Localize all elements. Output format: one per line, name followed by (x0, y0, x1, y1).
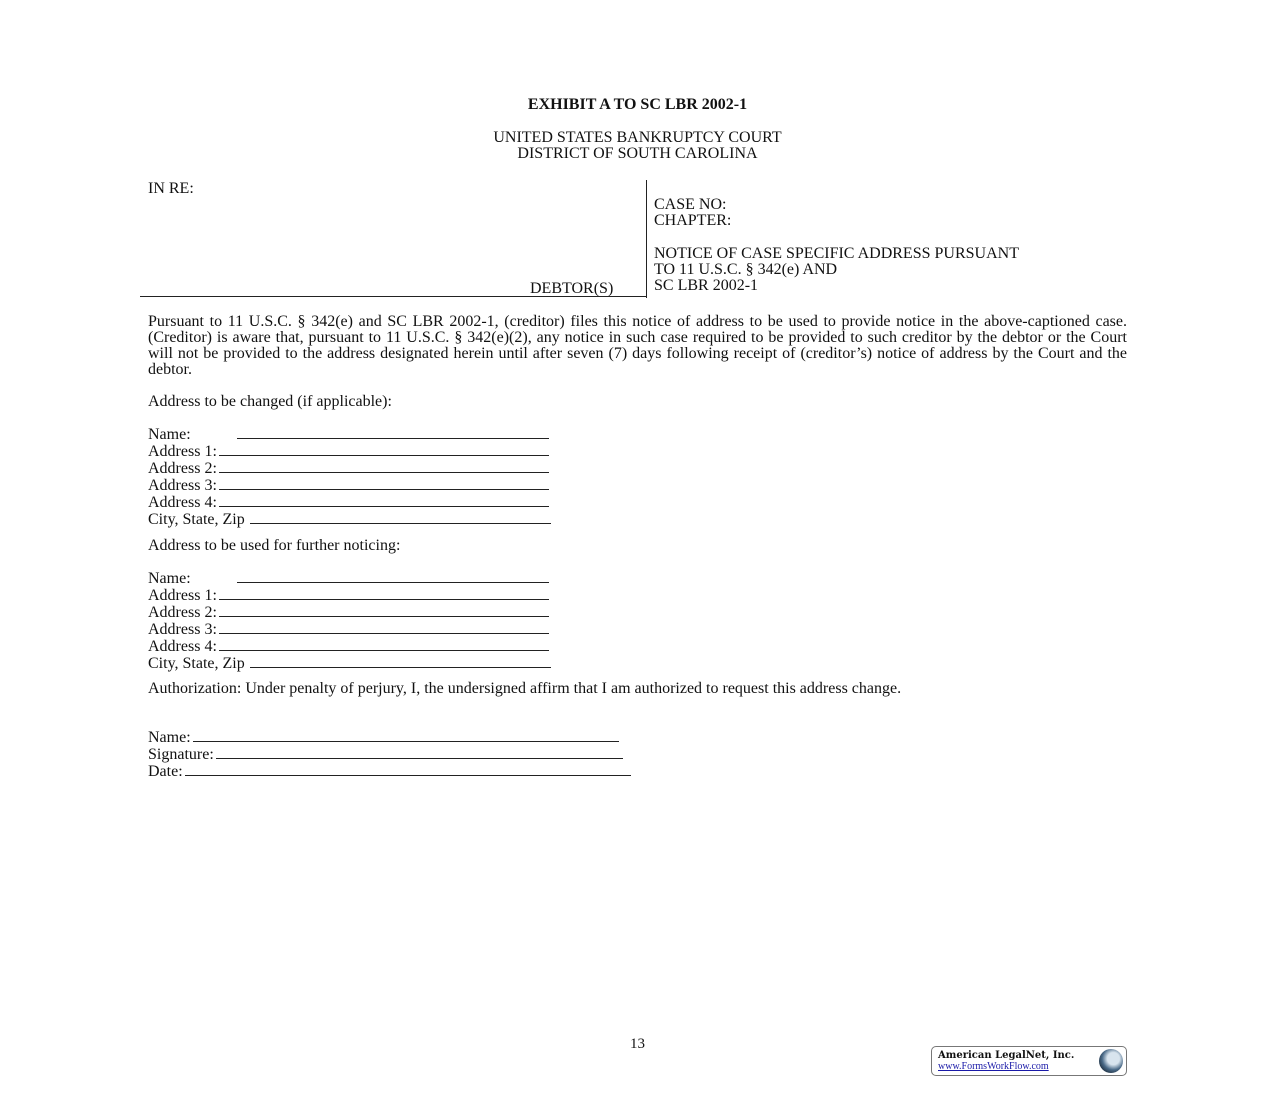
debtor-label: DEBTOR(S) (530, 280, 613, 298)
noticing-field-blank[interactable] (219, 604, 549, 617)
noticing-field-label: Address 1: (148, 587, 217, 604)
court-district: DISTRICT OF SOUTH CAROLINA (0, 146, 1275, 162)
notice-title-line: TO 11 U.S.C. § 342(e) AND (654, 262, 1019, 278)
noticing-field-row: Address 4: (148, 638, 551, 655)
noticing-field-row: City, State, Zip (148, 655, 551, 672)
american-legalnet-logo[interactable]: American LegalNet, Inc. www.FormsWorkFlo… (931, 1046, 1127, 1076)
notice-title-line: NOTICE OF CASE SPECIFIC ADDRESS PURSUANT (654, 246, 1019, 262)
address-field-label: Address 3: (148, 477, 217, 494)
caption-divider-vertical (646, 180, 647, 298)
address-field-blank[interactable] (237, 426, 549, 439)
signature-fields: Name:Signature:Date: (148, 729, 631, 780)
noticing-field-row: Address 2: (148, 604, 551, 621)
case-info: CASE NO: CHAPTER: (654, 197, 731, 229)
noticing-field-label: Address 4: (148, 638, 217, 655)
noticing-field-blank[interactable] (250, 655, 551, 668)
noticing-field-blank[interactable] (219, 587, 549, 600)
noticing-field-label: Address 3: (148, 621, 217, 638)
noticing-field-row: Name: (148, 570, 551, 587)
signature-field-row: Signature: (148, 746, 631, 763)
address-field-blank[interactable] (219, 460, 549, 473)
noticing-field-label: City, State, Zip (148, 655, 245, 672)
noticing-field-row: Address 1: (148, 587, 551, 604)
court-name: UNITED STATES BANKRUPTCY COURT (0, 130, 1275, 146)
noticing-field-row: Address 3: (148, 621, 551, 638)
noticing-field-blank[interactable] (237, 570, 549, 583)
address-field-row: Address 2: (148, 460, 551, 477)
court-heading: UNITED STATES BANKRUPTCY COURT DISTRICT … (0, 130, 1275, 162)
notice-title-line: SC LBR 2002-1 (654, 278, 1019, 294)
address-further-fields: Name:Address 1:Address 2:Address 3:Addre… (148, 570, 551, 672)
address-field-row: Address 4: (148, 494, 551, 511)
notice-paragraph: Pursuant to 11 U.S.C. § 342(e) and SC LB… (148, 314, 1127, 378)
signature-field-label: Signature: (148, 746, 214, 763)
chapter-label: CHAPTER: (654, 213, 731, 229)
address-field-label: City, State, Zip (148, 511, 245, 528)
address-field-row: Address 3: (148, 477, 551, 494)
globe-icon (1099, 1049, 1123, 1073)
address-field-label: Address 4: (148, 494, 217, 511)
address-field-blank[interactable] (219, 477, 549, 490)
signature-field-label: Date: (148, 763, 183, 780)
in-re-label: IN RE: (148, 180, 194, 198)
address-field-blank[interactable] (219, 494, 549, 507)
section-heading-further-noticing: Address to be used for further noticing: (148, 538, 400, 554)
noticing-field-blank[interactable] (219, 621, 549, 634)
noticing-field-blank[interactable] (219, 638, 549, 651)
notice-title: NOTICE OF CASE SPECIFIC ADDRESS PURSUANT… (654, 246, 1019, 294)
noticing-field-label: Name: (148, 570, 191, 587)
address-field-row: Address 1: (148, 443, 551, 460)
address-field-label: Address 2: (148, 460, 217, 477)
address-field-blank[interactable] (250, 511, 551, 524)
section-heading-changed: Address to be changed (if applicable): (148, 394, 392, 410)
address-changed-fields: Name:Address 1:Address 2:Address 3:Addre… (148, 426, 551, 528)
address-field-label: Address 1: (148, 443, 217, 460)
signature-field-label: Name: (148, 729, 191, 746)
case-no-label: CASE NO: (654, 197, 731, 213)
address-field-label: Name: (148, 426, 191, 443)
exhibit-title: EXHIBIT A TO SC LBR 2002-1 (0, 96, 1275, 114)
signature-field-row: Date: (148, 763, 631, 780)
signature-field-blank[interactable] (193, 729, 619, 742)
address-field-blank[interactable] (219, 443, 549, 456)
noticing-field-label: Address 2: (148, 604, 217, 621)
logo-company-name: American LegalNet, Inc. (938, 1050, 1074, 1061)
signature-field-blank[interactable] (185, 763, 631, 776)
logo-website-link[interactable]: www.FormsWorkFlow.com (938, 1061, 1049, 1072)
signature-field-row: Name: (148, 729, 631, 746)
authorization-paragraph: Authorization: Under penalty of perjury,… (148, 681, 1127, 697)
address-field-row: Name: (148, 426, 551, 443)
address-field-row: City, State, Zip (148, 511, 551, 528)
signature-field-blank[interactable] (216, 746, 623, 759)
